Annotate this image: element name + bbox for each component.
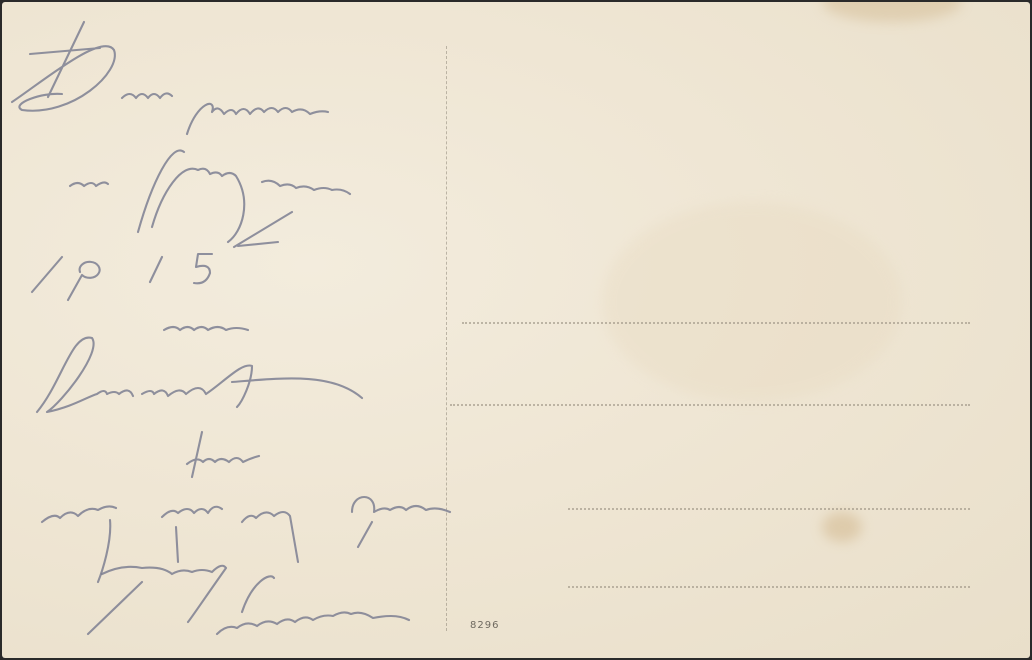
handwritten-message (2, 2, 1030, 658)
print-number: 8296 (470, 620, 499, 631)
postcard-back: 8296 Zur Andenken an Pfingsten 1915 in L… (2, 2, 1030, 658)
